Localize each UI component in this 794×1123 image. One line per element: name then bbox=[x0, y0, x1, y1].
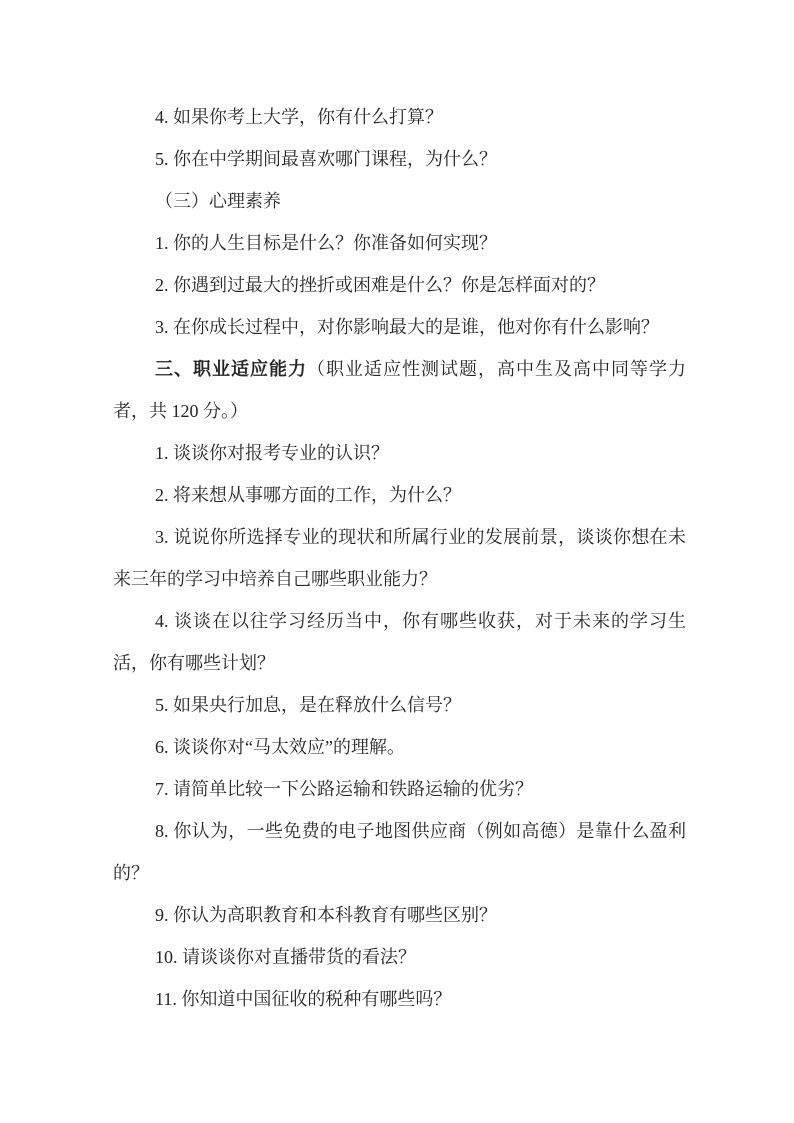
doc-paragraph: 8. 你认为，一些免费的电子地图供应商（例如高德）是靠什么盈利的？ bbox=[113, 810, 686, 894]
doc-paragraph: 2. 将来想从事哪方面的工作，为什么？ bbox=[113, 474, 686, 516]
section-heading-bold: 三、职业适应能力 bbox=[155, 359, 307, 379]
doc-paragraph: 5. 你在中学期间最喜欢哪门课程，为什么？ bbox=[113, 138, 686, 180]
doc-paragraph: 3. 说说你所选择专业的现状和所属行业的发展前景，谈谈你想在未来三年的学习中培养… bbox=[113, 516, 686, 600]
document-body: 4. 如果你考上大学，你有什么打算？ 5. 你在中学期间最喜欢哪门课程，为什么？… bbox=[0, 0, 794, 1123]
doc-paragraph: 5. 如果央行加息，是在释放什么信号？ bbox=[113, 684, 686, 726]
doc-paragraph: 11. 你知道中国征收的税种有哪些吗？ bbox=[113, 978, 686, 1020]
doc-paragraph-subsection-heading: （三）心理素养 bbox=[113, 180, 686, 222]
doc-paragraph: 7. 请简单比较一下公路运输和铁路运输的优劣？ bbox=[113, 768, 686, 810]
doc-paragraph: 3. 在你成长过程中，对你影响最大的是谁，他对你有什么影响？ bbox=[113, 306, 686, 348]
doc-paragraph: 1. 你的人生目标是什么？你准备如何实现？ bbox=[113, 222, 686, 264]
doc-paragraph: 4. 如果你考上大学，你有什么打算？ bbox=[113, 96, 686, 138]
doc-paragraph-section-heading: 三、职业适应能力（职业适应性测试题，高中生及高中同等学力者，共 120 分。） bbox=[113, 348, 686, 432]
doc-paragraph: 1. 谈谈你对报考专业的认识？ bbox=[113, 432, 686, 474]
doc-paragraph: 2. 你遇到过最大的挫折或困难是什么？你是怎样面对的？ bbox=[113, 264, 686, 306]
doc-paragraph: 10. 请谈谈你对直播带货的看法？ bbox=[113, 936, 686, 978]
doc-paragraph: 4. 谈谈在以往学习经历当中，你有哪些收获，对于未来的学习生活，你有哪些计划？ bbox=[113, 600, 686, 684]
doc-paragraph: 9. 你认为高职教育和本科教育有哪些区别？ bbox=[113, 894, 686, 936]
doc-paragraph: 6. 谈谈你对“马太效应”的理解。 bbox=[113, 726, 686, 768]
document-page: 4. 如果你考上大学，你有什么打算？ 5. 你在中学期间最喜欢哪门课程，为什么？… bbox=[0, 0, 794, 1123]
